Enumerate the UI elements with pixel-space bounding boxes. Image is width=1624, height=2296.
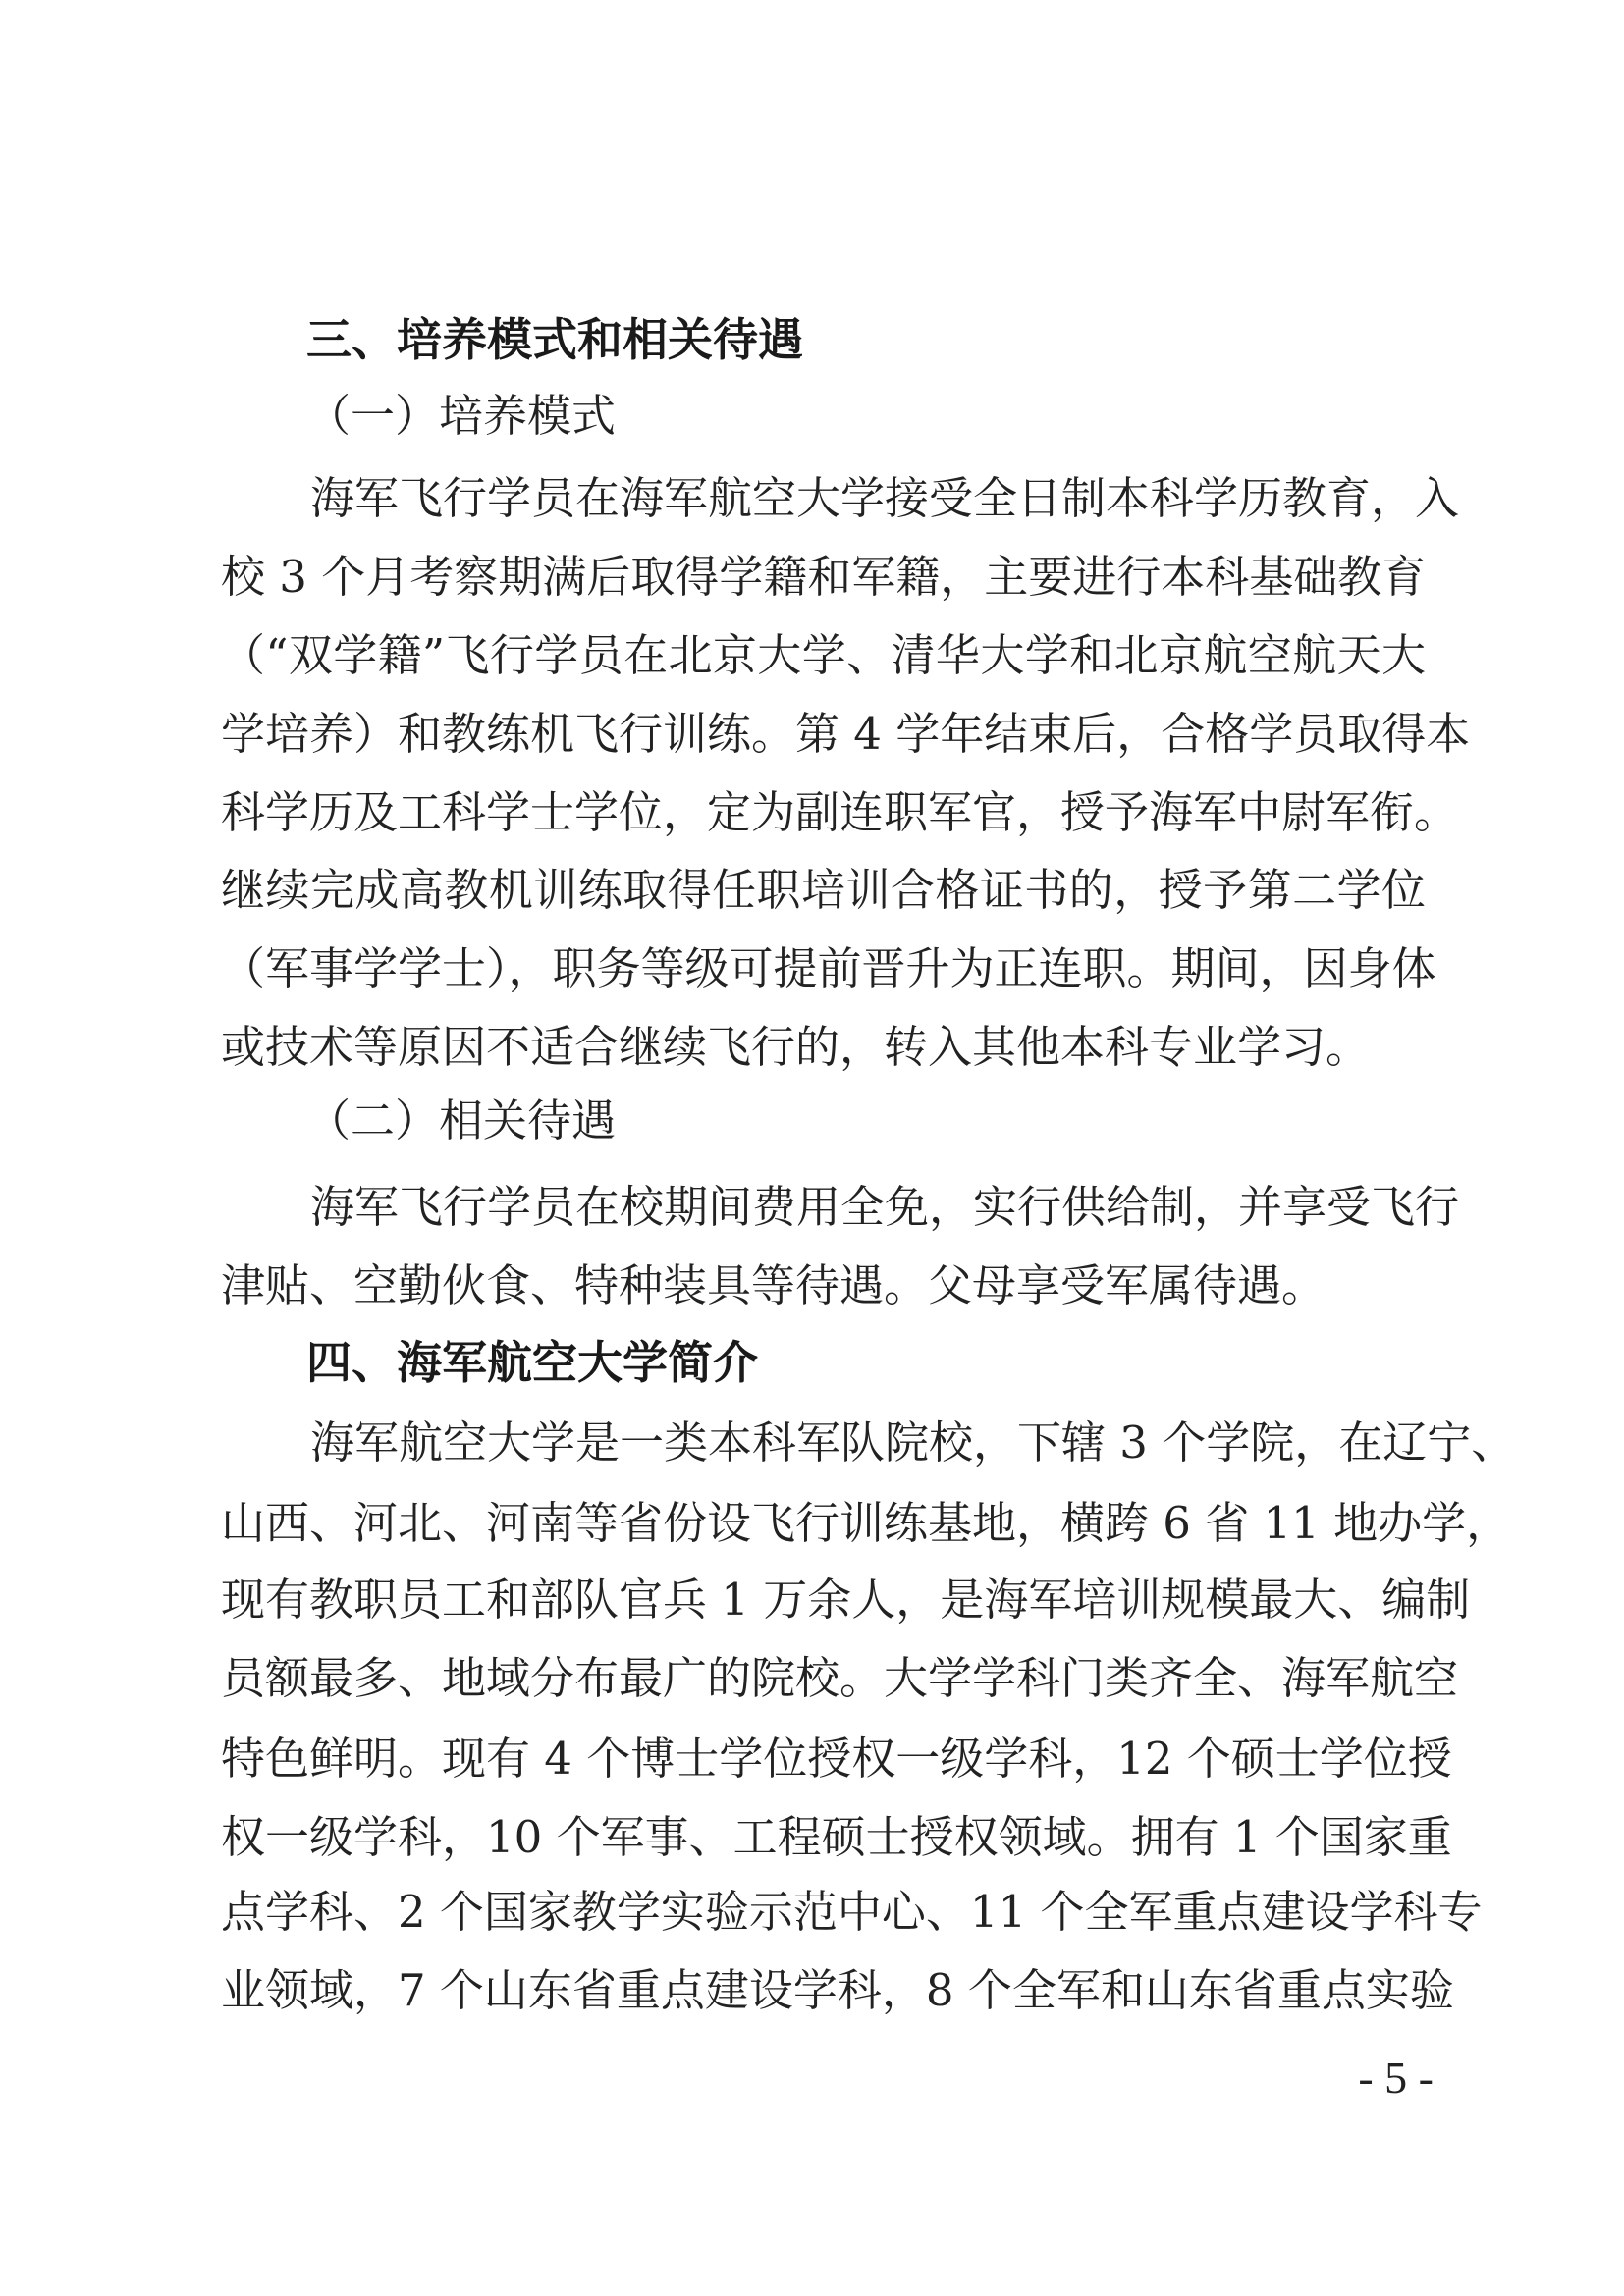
paragraph-line: （军事学学士），职务等级可提前晋升为正连职。期间，因身体 <box>221 939 1426 998</box>
subheading-related-benefits: （二）相关待遇 <box>306 1092 616 1150</box>
paragraph-line: 员额最多、地域分布最广的院校。大学学科门类齐全、海军航空 <box>221 1649 1426 1708</box>
paragraph-line: 特色鲜明。现有 4 个博士学位授权一级学科，12 个硕士学位授 <box>221 1730 1426 1789</box>
page-number: - 5 - <box>1355 2049 1434 2108</box>
section-heading-university-intro: 四、海军航空大学简介 <box>306 1333 758 1392</box>
paragraph-line: 海军飞行学员在校期间费用全免，实行供给制，并享受飞行 <box>310 1178 1426 1237</box>
paragraph-line: 海军航空大学是一类本科军队院校，下辖 3 个学院，在辽宁、 <box>310 1414 1426 1472</box>
paragraph-line: 科学历及工科学士学位，定为副连职军官，授予海军中尉军衔。 <box>221 783 1426 842</box>
paragraph-line: 学培养）和教练机飞行训练。第 4 学年结束后，合格学员取得本 <box>221 705 1426 764</box>
paragraph-line: 业领域，7 个山东省重点建设学科，8 个全军和山东省重点实验 <box>221 1961 1426 2020</box>
paragraph-line: 海军飞行学员在海军航空大学接受全日制本科学历教育，入 <box>310 469 1426 528</box>
paragraph-line: 校 3 个月考察期满后取得学籍和军籍，主要进行本科基础教育 <box>221 548 1426 607</box>
paragraph-line: 权一级学科，10 个军事、工程硕士授权领域。拥有 1 个国家重 <box>221 1808 1426 1867</box>
paragraph-line: 现有教职员工和部队官兵 1 万余人，是海军培训规模最大、编制 <box>221 1571 1426 1629</box>
paragraph-line: 山西、河北、河南等省份设飞行训练基地，横跨 6 省 11 地办学， <box>221 1494 1426 1553</box>
subheading-training-mode: （一）培养模式 <box>306 387 616 446</box>
paragraph-line: 津贴、空勤伙食、特种装具等待遇。父母享受军属待遇。 <box>221 1256 1426 1315</box>
paragraph-line: （“双学籍”飞行学员在北京大学、清华大学和北京航空航天大 <box>221 626 1426 685</box>
section-heading-training-mode-and-benefits: 三、培养模式和相关待遇 <box>306 310 803 369</box>
paragraph-line: 继续完成高教机训练取得任职培训合格证书的，授予第二学位 <box>221 861 1426 920</box>
paragraph-line: 或技术等原因不适合继续飞行的，转入其他本科专业学习。 <box>221 1018 1426 1077</box>
paragraph-line: 点学科、2 个国家教学实验示范中心、11 个全军重点建设学科专 <box>221 1883 1426 1942</box>
